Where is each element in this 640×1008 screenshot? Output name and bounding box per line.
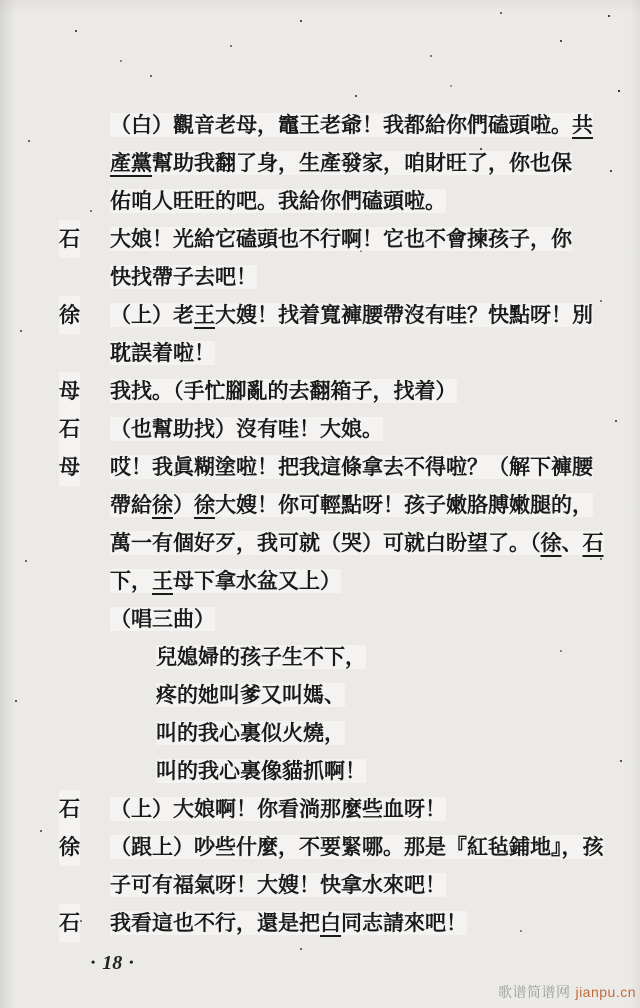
watermark-site-name: 歌谱简谱网 <box>498 984 571 1000</box>
text-segment: 我看這也不行，還是把 <box>110 911 320 935</box>
text-segment: 兒媳婦的孩子生不下， <box>156 645 366 669</box>
script-line: 疼的她叫爹又叫媽、 <box>0 676 640 714</box>
script-line: 徐（跟上）吵些什麼，不要緊哪。那是『紅毡鋪地』，孩 <box>0 828 640 866</box>
line-text: 佑咱人旺旺的吧。我給你們磕頭啦。 <box>110 189 446 213</box>
script-line: （白）觀音老母，竈王老爺！我都給你們磕頭啦。共 <box>0 106 640 144</box>
script-line: 母哎！我眞糊塗啦！把我這條拿去不得啦？（解下褲腰 <box>0 448 640 486</box>
proper-noun-underlined: 產黨 <box>110 151 152 175</box>
text-segment: 帶給 <box>110 493 152 517</box>
text-segment: 萬一有個好歹，我可就（哭）可就白盼望了。（ <box>110 531 541 555</box>
line-text: （上）大娘啊！你看淌那麼些血呀！ <box>110 797 446 821</box>
proper-noun-underlined: 白 <box>320 911 341 935</box>
proper-noun-underlined: 王 <box>152 569 173 593</box>
line-text: （白）觀音老母，竈王老爺！我都給你們磕頭啦。共 <box>110 113 593 137</box>
speaker-label: 徐 <box>59 296 80 334</box>
text-segment: （跟上）吵些什麼，不要緊哪。那是『紅毡鋪地』，孩 <box>110 835 604 859</box>
text-segment: （上）老 <box>110 303 194 327</box>
text-segment: 大嫂！找着寬褲腰帶沒有哇？快點呀！別 <box>215 303 593 327</box>
text-segment: 耽誤着啦！ <box>110 341 215 365</box>
page-number: •18• <box>84 952 140 975</box>
script-line: 母我找。（手忙腳亂的去翻箱子，找着） <box>0 372 640 410</box>
text-segment: 叫的我心裏像貓抓啊！ <box>156 759 366 783</box>
line-text: （跟上）吵些什麼，不要緊哪。那是『紅毡鋪地』，孩 <box>110 835 604 859</box>
proper-noun-underlined: 石 <box>583 531 604 555</box>
line-text: 我看這也不行，還是把白同志請來吧！ <box>110 911 467 935</box>
line-text: 帶給徐）徐大嫂！你可輕點呀！孩子嫩胳膊嫩腿的， <box>110 493 593 517</box>
line-text: （上）老王大嫂！找着寬褲腰帶沒有哇？快點呀！別 <box>110 303 593 327</box>
script-line: 石（上）大娘啊！你看淌那麼些血呀！ <box>0 790 640 828</box>
line-text: （唱三曲） <box>110 607 215 631</box>
script-line: （唱三曲） <box>0 600 640 638</box>
text-segment: 疼的她叫爹又叫媽、 <box>156 683 345 707</box>
text-segment: 母下拿水盆又上） <box>173 569 341 593</box>
script-text-block: （白）觀音老母，竈王老爺！我都給你們磕頭啦。共產黨幫助我翻了身，生產發家，咱財旺… <box>0 106 640 942</box>
text-segment: 幫助我翻了身，生產發家，咱財旺了，你也保 <box>152 151 572 175</box>
script-line: 徐（上）老王大嫂！找着寬褲腰帶沒有哇？快點呀！別 <box>0 296 640 334</box>
script-line: 耽誤着啦！ <box>0 334 640 372</box>
text-segment: 哎！我眞糊塗啦！把我這條拿去不得啦？（解下褲腰 <box>110 455 593 479</box>
scan-noise-specks <box>0 0 2 2</box>
line-text: （也幫助找）沒有哇！大娘。 <box>110 417 383 441</box>
text-segment: （白）觀音老母，竈王老爺！我都給你們磕頭啦。 <box>110 113 572 137</box>
text-segment: 叫的我心裏似火燒， <box>156 721 345 745</box>
text-segment: （唱三曲） <box>110 607 215 631</box>
line-text: 產黨幫助我翻了身，生產發家，咱財旺了，你也保 <box>110 151 572 175</box>
line-text: 叫的我心裏似火燒， <box>156 721 345 745</box>
line-text: 疼的她叫爹又叫媽、 <box>156 683 345 707</box>
text-segment: 同志請來吧！ <box>341 911 467 935</box>
proper-noun-underlined: 王 <box>194 303 215 327</box>
text-segment: 我找。（手忙腳亂的去翻箱子，找着） <box>110 379 457 403</box>
script-line: 叫的我心裏像貓抓啊！ <box>0 752 640 790</box>
scanned-script-page: （白）觀音老母，竈王老爺！我都給你們磕頭啦。共產黨幫助我翻了身，生產發家，咱財旺… <box>0 0 640 1008</box>
line-text: 叫的我心裏像貓抓啊！ <box>156 759 366 783</box>
line-text: 萬一有個好歹，我可就（哭）可就白盼望了。（徐、石 <box>110 531 604 555</box>
speaker-label: 母 <box>59 448 80 486</box>
speaker-label: 石 <box>59 410 80 448</box>
watermark-site-url: jianpu.cn <box>575 984 636 1000</box>
speaker-label: 徐 <box>59 828 80 866</box>
line-text: 快找帶子去吧！ <box>110 265 257 289</box>
script-line: 石大娘！光給它磕頭也不行啊！它也不會揀孩子，你 <box>0 220 640 258</box>
text-segment: 大娘！光給它磕頭也不行啊！它也不會揀孩子，你 <box>110 227 572 251</box>
script-line: 佑咱人旺旺的吧。我給你們磕頭啦。 <box>0 182 640 220</box>
script-line: 產黨幫助我翻了身，生產發家，咱財旺了，你也保 <box>0 144 640 182</box>
speaker-label: 石 <box>59 220 80 258</box>
text-segment: 、 <box>562 531 583 555</box>
line-text: 子可有福氣呀！大嫂！快拿水來吧！ <box>110 873 446 897</box>
text-segment: 子可有福氣呀！大嫂！快拿水來吧！ <box>110 873 446 897</box>
text-segment: 佑咱人旺旺的吧。我給你們磕頭啦。 <box>110 189 446 213</box>
text-segment: 大嫂！你可輕點呀！孩子嫩胳膊嫩腿的， <box>215 493 593 517</box>
text-segment: （也幫助找）沒有哇！大娘。 <box>110 417 383 441</box>
page-number-value: 18 <box>102 952 122 974</box>
text-segment: ） <box>173 493 194 517</box>
line-text: 下，王母下拿水盆又上） <box>110 569 341 593</box>
speaker-label: 母 <box>59 372 80 410</box>
text-segment: 快找帶子去吧！ <box>110 265 257 289</box>
script-line: 叫的我心裏似火燒， <box>0 714 640 752</box>
script-line: 帶給徐）徐大嫂！你可輕點呀！孩子嫩胳膊嫩腿的， <box>0 486 640 524</box>
line-text: 耽誤着啦！ <box>110 341 215 365</box>
speaker-label: 石 <box>59 904 80 942</box>
line-text: 我找。（手忙腳亂的去翻箱子，找着） <box>110 379 457 403</box>
speaker-label: 石 <box>59 790 80 828</box>
proper-noun-underlined: 共 <box>572 113 593 137</box>
proper-noun-underlined: 徐 <box>152 493 173 517</box>
text-segment: 下， <box>110 569 152 593</box>
script-line: 下，王母下拿水盆又上） <box>0 562 640 600</box>
script-line: 子可有福氣呀！大嫂！快拿水來吧！ <box>0 866 640 904</box>
page-number-dot-right: • <box>122 955 140 969</box>
proper-noun-underlined: 徐 <box>541 531 562 555</box>
script-line: 兒媳婦的孩子生不下， <box>0 638 640 676</box>
script-line: 萬一有個好歹，我可就（哭）可就白盼望了。（徐、石 <box>0 524 640 562</box>
line-text: 大娘！光給它磕頭也不行啊！它也不會揀孩子，你 <box>110 227 572 251</box>
line-text: 兒媳婦的孩子生不下， <box>156 645 366 669</box>
script-line: 石（也幫助找）沒有哇！大娘。 <box>0 410 640 448</box>
watermark: 歌谱简谱网jianpu.cn <box>498 982 636 1002</box>
script-line: 快找帶子去吧！ <box>0 258 640 296</box>
proper-noun-underlined: 徐 <box>194 493 215 517</box>
text-segment: （上）大娘啊！你看淌那麼些血呀！ <box>110 797 446 821</box>
script-line: 石我看這也不行，還是把白同志請來吧！ <box>0 904 640 942</box>
page-number-dot-left: • <box>84 955 102 969</box>
line-text: 哎！我眞糊塗啦！把我這條拿去不得啦？（解下褲腰 <box>110 455 593 479</box>
